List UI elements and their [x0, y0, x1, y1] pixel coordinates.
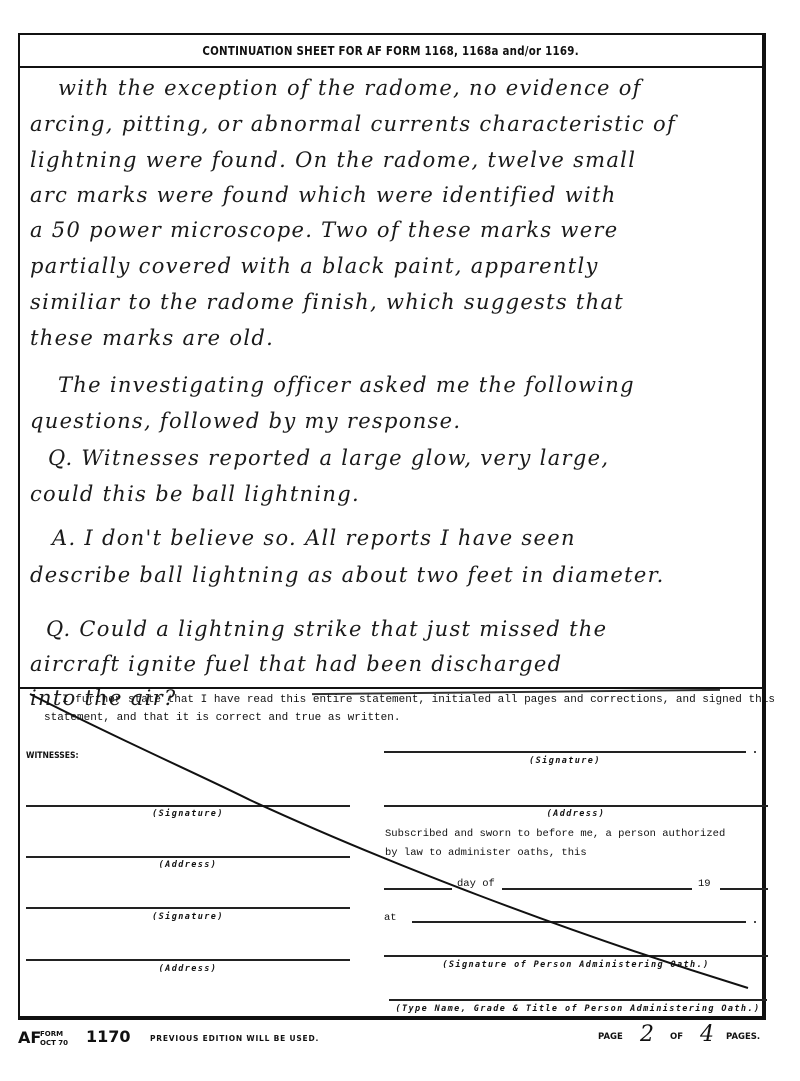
- oath-administrator-signature-line[interactable]: [384, 955, 768, 957]
- handwritten-line: similiar to the radome finish, which sug…: [30, 290, 624, 314]
- handwritten-line: arcing, pitting, or abnormal currents ch…: [30, 112, 676, 136]
- oath-text-line-1: Subscribed and sworn to before me, a per…: [385, 828, 725, 840]
- handwritten-line: with the exception of the radome, no evi…: [58, 76, 642, 100]
- form-title: CONTINUATION SHEET FOR AF FORM 1168, 116…: [203, 43, 580, 58]
- footer-af: AF: [18, 1028, 41, 1047]
- footer-of-label: OF: [670, 1032, 683, 1042]
- handwritten-line: aircraft ignite fuel that had been disch…: [30, 652, 562, 676]
- oath-administrator-name-caption: (Type Name, Grade & Title of Person Admi…: [389, 1004, 767, 1014]
- form-frame: CONTINUATION SHEET FOR AF FORM 1168, 116…: [18, 33, 766, 1020]
- handwritten-line: lightning were found. On the radome, twe…: [30, 148, 636, 172]
- handwritten-line: partially covered with a black paint, ap…: [30, 254, 599, 278]
- handwritten-line: these marks are old.: [30, 326, 274, 350]
- handwritten-line: The investigating officer asked me the f…: [58, 373, 635, 397]
- form-title-bar: CONTINUATION SHEET FOR AF FORM 1168, 116…: [20, 35, 762, 68]
- footer-form-date: OCT 70: [40, 1039, 68, 1047]
- handwritten-statement: with the exception of the radome, no evi…: [20, 66, 762, 687]
- oath-text-line-2: by law to administer oaths, this: [385, 847, 587, 859]
- year-field-line[interactable]: [720, 888, 768, 890]
- handwritten-line: A. I don't believe so. All reports I hav…: [52, 526, 576, 550]
- affirmation-line-1: I further state that I have read this en…: [62, 694, 775, 706]
- footer-form-label: FORM: [40, 1030, 63, 1038]
- witness-2-signature-line[interactable]: [26, 907, 350, 909]
- oath-administrator-signature-caption: (Signature of Person Administering Oath.…: [384, 960, 768, 970]
- footer-total-pages: 4: [700, 1022, 714, 1047]
- witness-2-address-line[interactable]: [26, 959, 350, 961]
- period-mark: [754, 921, 756, 923]
- handwritten-line: could this be ball lightning.: [30, 482, 360, 506]
- affiant-signature-line[interactable]: [384, 751, 746, 753]
- month-field-line[interactable]: [502, 888, 692, 890]
- witness-1-signature-line[interactable]: [26, 805, 350, 807]
- footer-page-label: PAGE: [598, 1032, 623, 1042]
- handwritten-line: Q. Could a lightning strike that just mi…: [46, 617, 607, 641]
- affiant-address-line[interactable]: [384, 805, 768, 807]
- witness-1-signature-caption: (Signature): [26, 809, 350, 819]
- witnesses-label: WITNESSES:: [26, 751, 79, 761]
- witness-1-address-line[interactable]: [26, 856, 350, 858]
- location-field-line[interactable]: [412, 921, 746, 923]
- witness-1-address-caption: (Address): [26, 860, 350, 870]
- witness-2-signature-caption: (Signature): [26, 912, 350, 922]
- footer-page-number: 2: [640, 1022, 654, 1047]
- footer-edition-note: PREVIOUS EDITION WILL BE USED.: [150, 1034, 319, 1043]
- oath-administrator-name-line[interactable]: [389, 999, 767, 1001]
- day-of-label: day of: [457, 878, 495, 890]
- day-field-line[interactable]: [384, 888, 452, 890]
- period-mark: [754, 751, 756, 753]
- affiant-address-caption: (Address): [384, 809, 768, 819]
- witness-2-address-caption: (Address): [26, 964, 350, 974]
- handwritten-line: describe ball lightning as about two fee…: [30, 563, 665, 587]
- at-label: at: [384, 912, 397, 924]
- footer-pages-label: PAGES.: [726, 1032, 760, 1042]
- statement-separator: [20, 687, 762, 689]
- handwritten-line: arc marks were found which were identifi…: [30, 183, 617, 207]
- handwritten-line: Q. Witnesses reported a large glow, very…: [48, 446, 609, 470]
- footer-form-number: 1170: [86, 1027, 131, 1046]
- affiant-signature-caption: (Signature): [384, 756, 746, 766]
- year-prefix-label: 19: [698, 878, 711, 890]
- affirmation-line-2: statement, and that it is correct and tr…: [44, 712, 400, 724]
- handwritten-line: a 50 power microscope. Two of these mark…: [30, 218, 619, 242]
- handwritten-line: questions, followed by my response.: [30, 409, 461, 433]
